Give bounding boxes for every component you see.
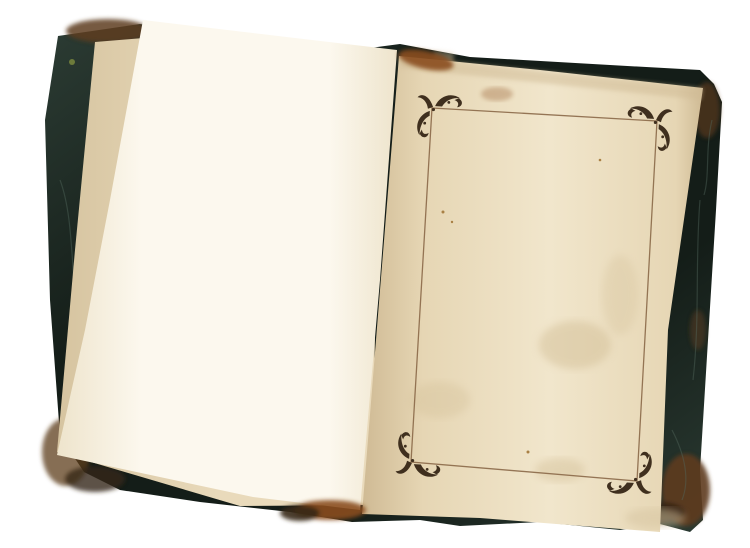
book (42, 19, 722, 532)
book-illustration (0, 0, 750, 548)
photo-open-antique-book (0, 0, 750, 548)
moss-speck (69, 59, 75, 65)
